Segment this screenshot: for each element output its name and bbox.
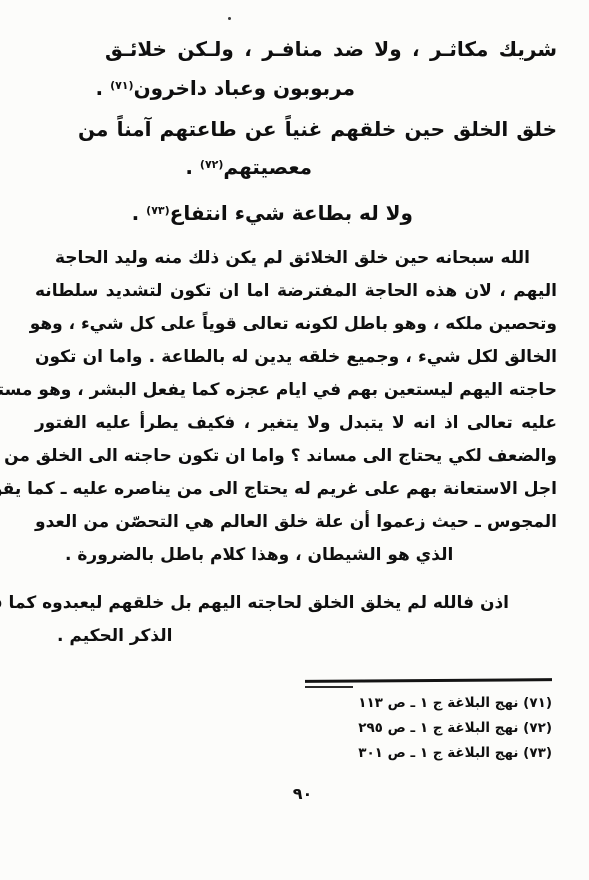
footnote-line: (٧٢) نهج البلاغة ج ١ ـ ص ٢٩٥: [358, 719, 552, 737]
quote-line: معصيتهم(٧٢) .: [185, 151, 312, 181]
body-line: اليهم ، لان هذه الحاجة المفترضة اما ان ت…: [35, 278, 557, 305]
body-line: عليه تعالى اذ انه لا يتبدل ولا يتغير ، ف…: [35, 410, 557, 437]
body-line: الذي هو الشيطان ، وهذا كلام باطل بالضرور…: [65, 542, 453, 569]
body-line: اجل الاستعانة بهم على غريم له يحتاج الى …: [35, 476, 557, 503]
quote-line: مربوبون وعباد داخرون(٧١) .: [96, 72, 356, 102]
scan-speck: [228, 17, 231, 20]
body-line: المجوس ـ حيث زعموا أن علة خلق العالم هي …: [35, 509, 557, 536]
quote-line: ولا له بطاعة شيء انتفاع(٧٣) .: [132, 197, 413, 227]
book-page: شريك مكاثـر ، ولا ضد منافـر ، ولـكن خلائ…: [0, 0, 589, 880]
footnote-line: (٧١) نهج البلاغة ج ١ ـ ص ١١٣: [358, 694, 552, 712]
body-line: وتحصين ملكه ، وهو باطل لكونه تعالى قوياً…: [35, 311, 557, 338]
body-line: الله سبحانه حين خلق الخلائق لم يكن ذلك م…: [55, 245, 530, 272]
quote-line: شريك مكاثـر ، ولا ضد منافـر ، ولـكن خلائ…: [105, 36, 557, 63]
body-line: اذن فالله لم يخلق الخلق لحاجته اليهم بل …: [0, 590, 509, 617]
body-line: حاجته اليهم ليستعين بهم في ايام عجزه كما…: [35, 377, 557, 404]
footnote-divider: [305, 678, 552, 682]
footnote-marker: (٧١): [110, 79, 134, 92]
body-line: الذكر الحكيم .: [57, 623, 172, 650]
page-number: ٩٠: [0, 784, 589, 803]
body-line: والضعف لكي يحتاج الى مساند ؟ واما ان تكو…: [35, 443, 557, 470]
footnote-marker: (٧٢): [200, 158, 224, 171]
footnote-marker: (٧٣): [146, 204, 170, 217]
footnote-line: (٧٣) نهج البلاغة ج ١ ـ ص ٣٠١: [358, 744, 552, 762]
body-line: الخالق لكل شيء ، وجميع خلقه يدين له بالط…: [35, 344, 557, 371]
footnote-divider-tail: [305, 686, 353, 688]
quote-line: خلق الخلق حين خلقهم غنياً عن طاعتهم آمنا…: [78, 116, 557, 143]
